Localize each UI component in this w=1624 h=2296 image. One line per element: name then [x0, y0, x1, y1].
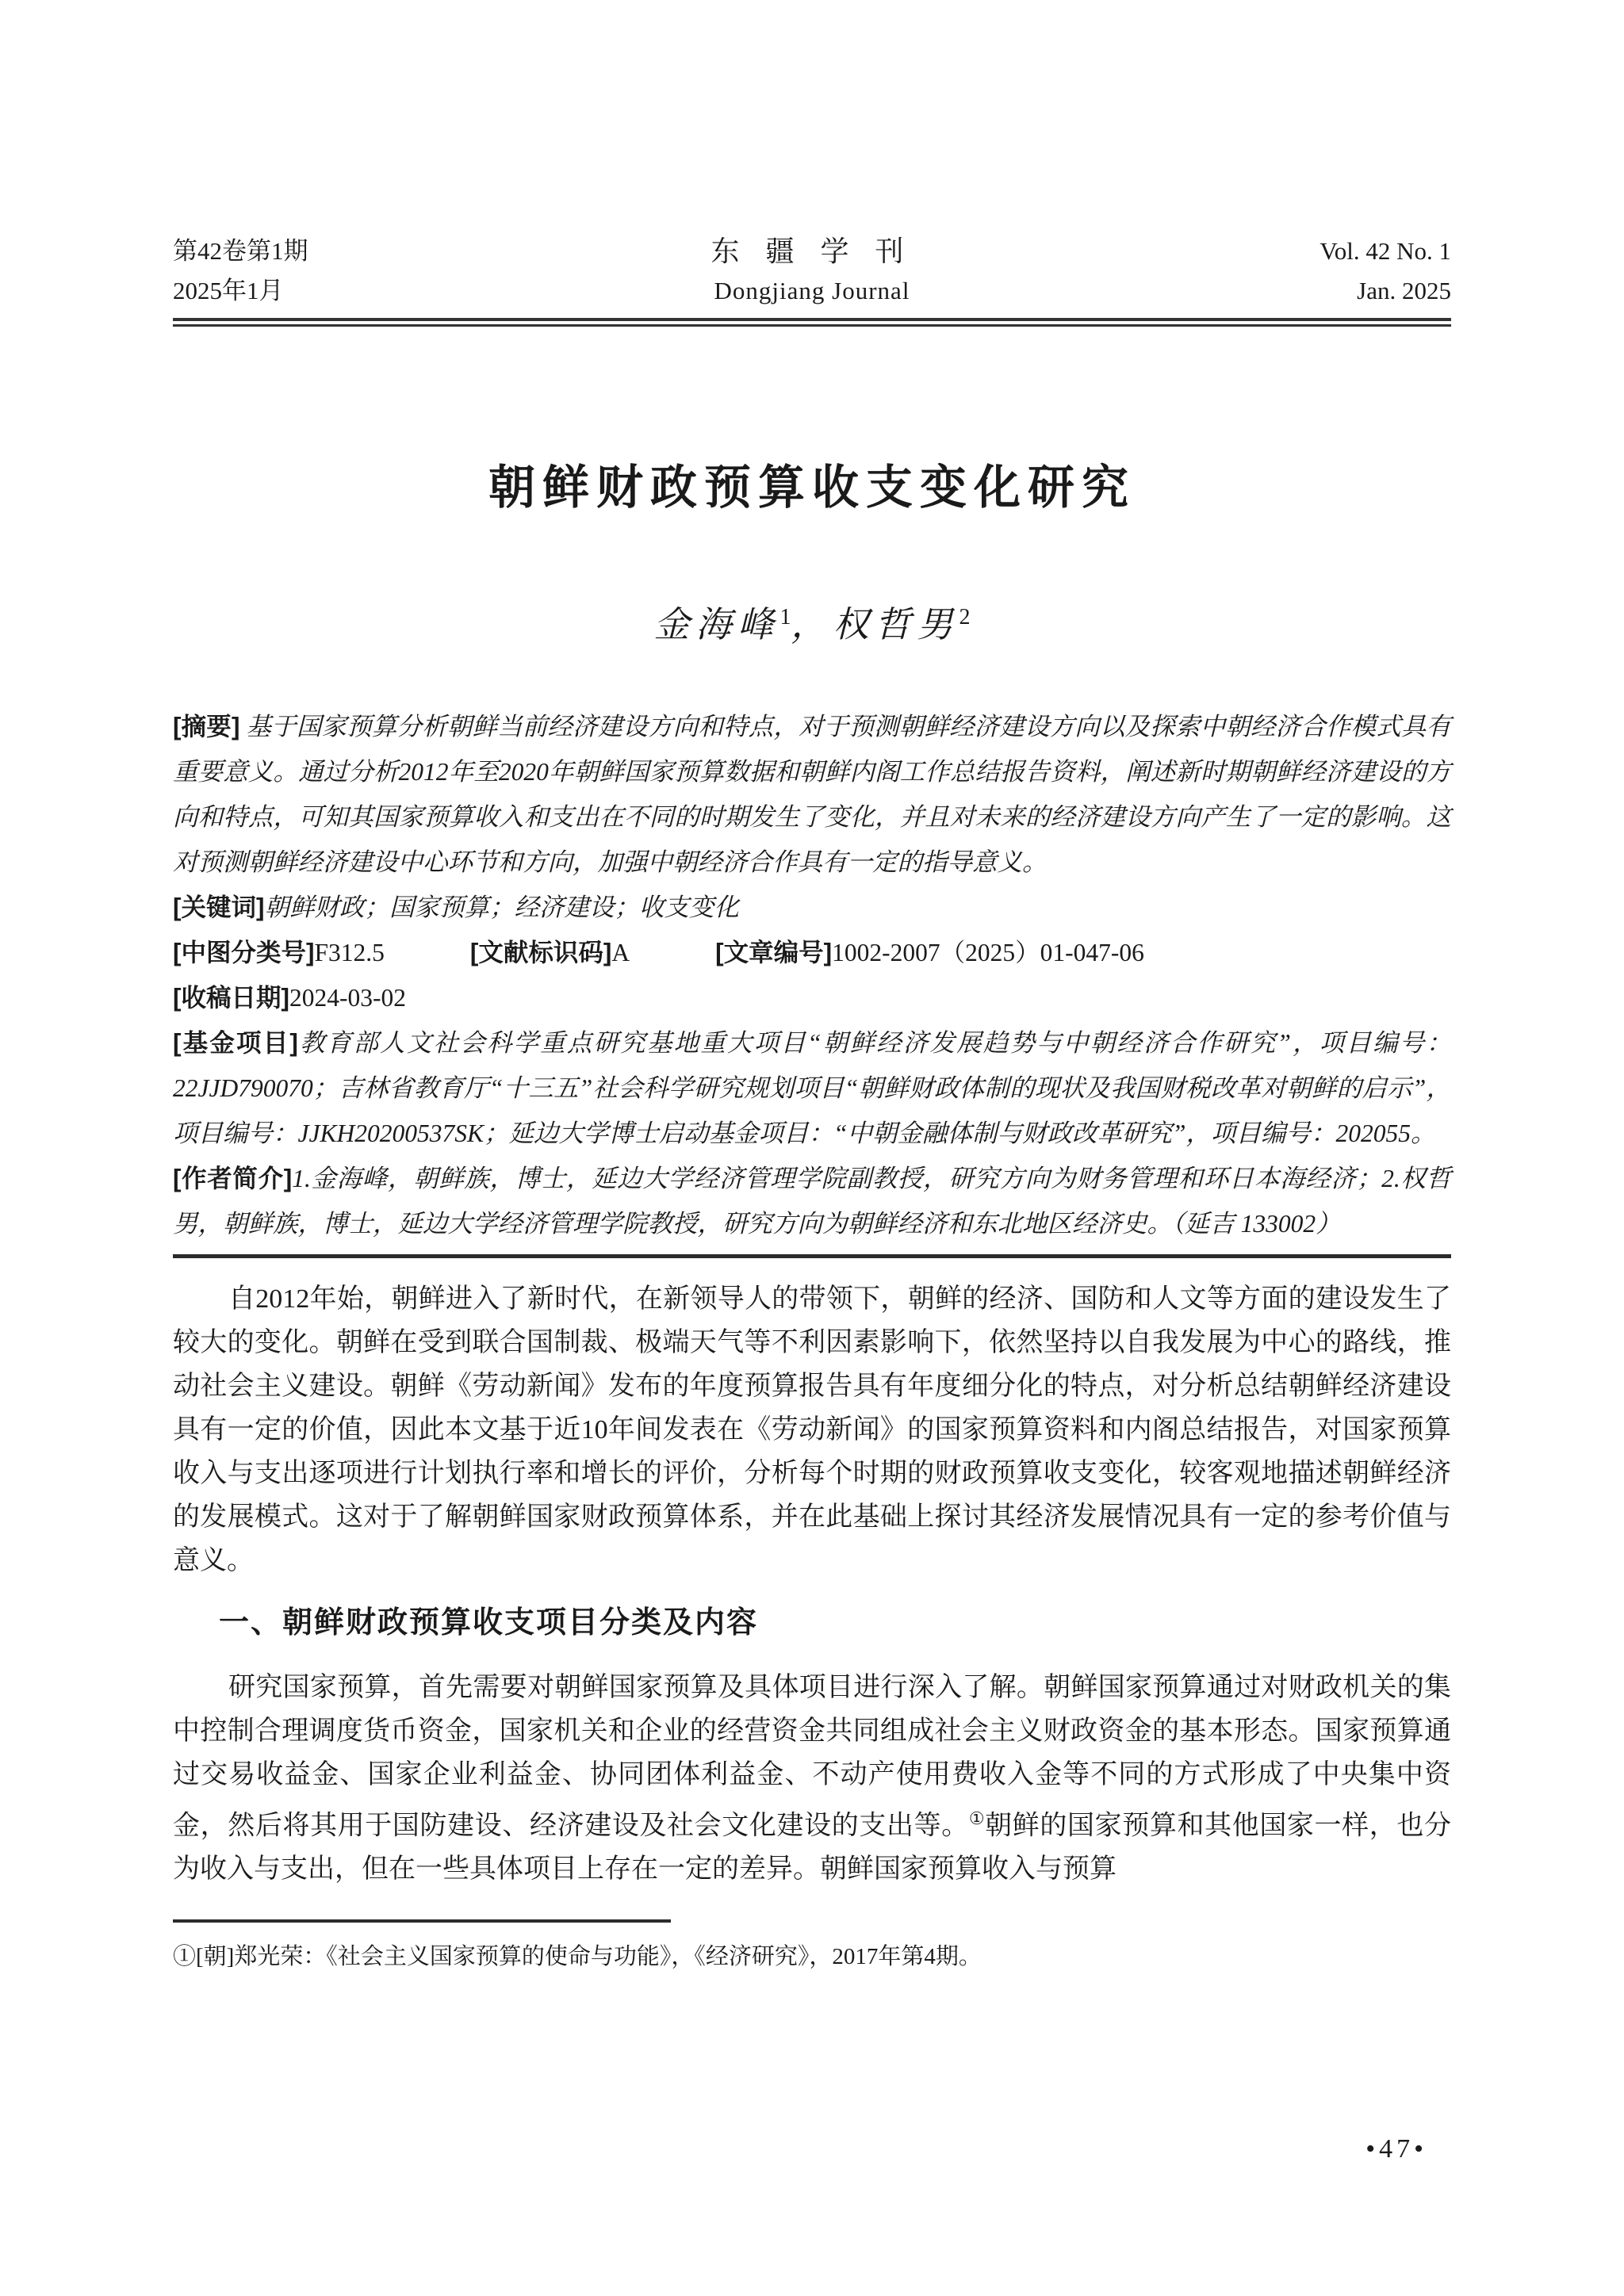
- funding-text: 教育部人文社会科学重点研究基地重大项目“朝鲜经济发展趋势与中朝经济合作研究”，项…: [173, 1029, 1451, 1147]
- author-bio-label: [作者简介]: [173, 1164, 292, 1192]
- author-2-name: 权哲男: [833, 605, 959, 645]
- journal-running-head: 第42卷第1期 2025年1月 东 疆 学 刊 Dongjiang Journa…: [173, 0, 1451, 311]
- abstract: [摘要] 基于国家预算分析朝鲜当前经济建设方向和特点，对于预测朝鲜经济建设方向以…: [173, 704, 1451, 885]
- funding: [基金项目]教育部人文社会科学重点研究基地重大项目“朝鲜经济发展趋势与中朝经济合…: [173, 1020, 1451, 1156]
- header-double-rule: [173, 318, 1451, 327]
- footnote-1: ①[朝]郑光荣：《社会主义国家预算的使命与功能》，《经济研究》，2017年第4期…: [173, 1938, 1451, 1975]
- clc-number: [中图分类号]F312.5: [173, 930, 385, 975]
- journal-name-cn: 东 疆 学 刊: [490, 232, 1134, 271]
- keywords-text: 朝鲜财政；国家预算；经济建设；收支变化: [264, 894, 739, 921]
- journal-name: 东 疆 学 刊 Dongjiang Journal: [490, 232, 1134, 311]
- front-matter: [摘要] 基于国家预算分析朝鲜当前经济建设方向和特点，对于预测朝鲜经济建设方向以…: [173, 704, 1451, 1246]
- keywords-label: [关键词]: [173, 893, 264, 921]
- intro-paragraph: 自2012年始，朝鲜进入了新时代，在新领导人的带领下，朝鲜的经济、国防和人文等方…: [173, 1277, 1451, 1582]
- keywords: [关键词]朝鲜财政；国家预算；经济建设；收支变化: [173, 885, 1451, 930]
- footnote-1-text: [朝]郑光荣：《社会主义国家预算的使命与功能》，《经济研究》，2017年第4期。: [196, 1944, 982, 1969]
- body-divider-rule: [173, 1254, 1451, 1258]
- footnote-rule: [173, 1919, 671, 1923]
- section-1-paragraph: 研究国家预算，首先需要对朝鲜国家预算及具体项目进行深入了解。朝鲜国家预算通过对财…: [173, 1666, 1451, 1891]
- issue-date-cn: 2025年1月: [173, 271, 490, 311]
- article-number: [文章编号]1002-2007（2025）01-047-06: [715, 930, 1144, 975]
- issue-volume-en: Vol. 42 No. 1: [1134, 232, 1451, 271]
- journal-name-en: Dongjiang Journal: [490, 271, 1134, 311]
- document-code-label: [文献标识码]: [470, 938, 611, 966]
- funding-label: [基金项目]: [173, 1028, 298, 1057]
- authors-separator: ，: [791, 605, 833, 645]
- issue-volume: 第42卷第1期: [173, 232, 490, 271]
- author-bio: [作者简介]1.金海峰，朝鲜族，博士，延边大学经济管理学院副教授，研究方向为财务…: [173, 1156, 1451, 1246]
- footnote-1-marker: ①: [173, 1944, 196, 1969]
- article-body: 自2012年始，朝鲜进入了新时代，在新领导人的带领下，朝鲜的经济、国防和人文等方…: [173, 1277, 1451, 1891]
- author-2-superscript: 2: [959, 605, 971, 629]
- document-code: [文献标识码]A: [470, 930, 630, 975]
- abstract-text: 基于国家预算分析朝鲜当前经济建设方向和特点，对于预测朝鲜经济建设方向以及探索中朝…: [173, 713, 1451, 876]
- authors-line: 金海峰1，权哲男2: [173, 595, 1451, 647]
- issue-info-en: Vol. 42 No. 1 Jan. 2025: [1134, 232, 1451, 311]
- issue-date-en: Jan. 2025: [1134, 271, 1451, 311]
- article-title: 朝鲜财政预算收支变化研究: [173, 460, 1451, 516]
- classification-line: [中图分类号]F312.5 [文献标识码]A [文章编号]1002-2007（2…: [173, 930, 1451, 975]
- page-number: •47•: [1365, 2134, 1427, 2164]
- author-1-superscript: 1: [779, 605, 791, 629]
- abstract-label: [摘要]: [173, 712, 239, 740]
- clc-label: [中图分类号]: [173, 938, 314, 966]
- received-date: [收稿日期]2024-03-02: [173, 975, 1451, 1020]
- issue-info: 第42卷第1期 2025年1月: [173, 232, 490, 311]
- author-bio-text: 1.金海峰，朝鲜族，博士，延边大学经济管理学院副教授，研究方向为财务管理和环日本…: [173, 1165, 1451, 1238]
- author-1-name: 金海峰: [653, 605, 779, 645]
- article-number-value: 1002-2007（2025）01-047-06: [832, 939, 1144, 966]
- footnote-reference-1: ①: [969, 1808, 985, 1828]
- clc-value: F312.5: [314, 939, 384, 966]
- document-code-value: A: [611, 939, 630, 966]
- section-1-heading: 一、朝鲜财政预算收支项目分类及内容: [173, 1601, 1451, 1645]
- received-date-value: 2024-03-02: [289, 984, 406, 1012]
- article-number-label: [文章编号]: [715, 938, 832, 966]
- page-content: 第42卷第1期 2025年1月 东 疆 学 刊 Dongjiang Journa…: [0, 0, 1624, 1975]
- received-date-label: [收稿日期]: [173, 983, 289, 1012]
- journal-page: 第42卷第1期 2025年1月 东 疆 学 刊 Dongjiang Journa…: [0, 0, 1624, 2296]
